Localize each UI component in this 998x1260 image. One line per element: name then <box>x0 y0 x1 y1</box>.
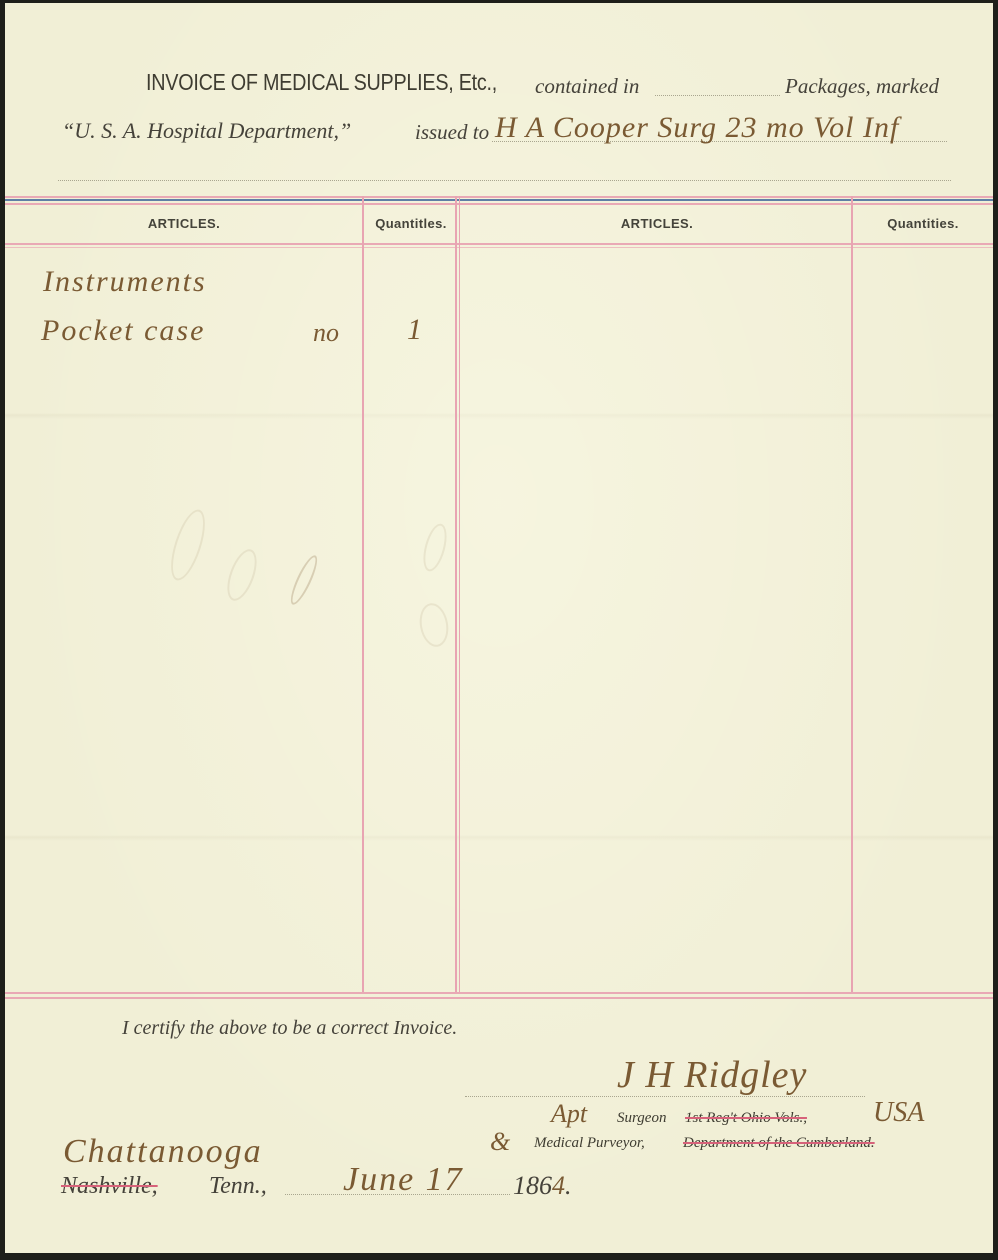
place-printed-struck: Nashville, <box>61 1173 158 1200</box>
column-divider-2b <box>459 196 460 992</box>
title-struck-department: Department of the Cumberland. <box>683 1135 875 1152</box>
header-articles-right: ARTICLES. <box>461 216 853 231</box>
invoice-paper: INVOICE OF MEDICAL SUPPLIES, Etc., conta… <box>5 3 993 1253</box>
bleed-through-mark <box>286 553 322 608</box>
marking-label: “U. S. A. Hospital Department,” <box>62 118 351 144</box>
column-divider-3 <box>851 196 853 992</box>
header-bottom-rule <box>5 243 993 245</box>
bleed-through-mark <box>164 506 212 584</box>
title-handwritten-apt: Apt <box>551 1099 587 1129</box>
certification-statement: I certify the above to be a correct Invo… <box>122 1017 457 1040</box>
header-quantities-right: Quantities. <box>853 216 993 231</box>
bleed-through-mark <box>416 601 451 649</box>
year-suffix: . <box>565 1171 572 1200</box>
table-row-2-article: Pocket case <box>41 314 205 348</box>
column-divider-1 <box>362 196 364 992</box>
bleed-through-mark <box>419 521 451 574</box>
packages-marked-label: Packages, marked <box>785 74 939 99</box>
title-handwritten-ampersand: & <box>490 1127 510 1157</box>
header-quantities-left: Quantitles. <box>363 216 459 231</box>
issued-to-label: issued to <box>415 120 489 145</box>
title-surgeon: Surgeon <box>617 1110 666 1127</box>
header-top-rule-pink-2 <box>5 203 993 205</box>
year-printed: 1864. <box>513 1171 572 1201</box>
title-medical-purveyor: Medical Purveyor, <box>534 1135 645 1152</box>
issued-to-value: H A Cooper Surg 23 mo Vol Inf <box>495 111 899 145</box>
title-handwritten-usa: USA <box>873 1097 924 1129</box>
title-struck-regiment: 1st Reg't Ohio Vols., <box>685 1110 807 1127</box>
signature: J H Ridgley <box>617 1053 807 1097</box>
header-articles-left: ARTICLES. <box>5 216 363 231</box>
header-top-rule-pink <box>5 196 993 198</box>
table-bottom-rule-2 <box>5 997 993 999</box>
contained-in-label: contained in <box>535 74 639 99</box>
bleed-through-mark <box>221 546 262 605</box>
header-bottom-rule-2 <box>5 247 993 248</box>
document-title: INVOICE OF MEDICAL SUPPLIES, Etc., <box>146 69 497 96</box>
place-handwritten: Chattanooga <box>63 1133 263 1171</box>
table-bottom-rule <box>5 992 993 994</box>
table-row-1-article: Instruments <box>43 265 207 299</box>
year-handwritten-digit: 4 <box>552 1171 565 1200</box>
issued-to-continuation-line <box>58 180 951 181</box>
signature-line <box>465 1096 865 1097</box>
column-divider-2a <box>455 196 457 992</box>
header-top-rule-blue <box>5 199 993 201</box>
packages-count-blank <box>655 95 780 96</box>
date-handwritten: June 17 <box>343 1161 464 1199</box>
table-row-2-unit: no <box>313 318 339 348</box>
table-row-2-quantity: 1 <box>407 313 422 347</box>
year-printed-digits: 186 <box>513 1171 552 1200</box>
state-printed: Tenn., <box>209 1173 267 1200</box>
